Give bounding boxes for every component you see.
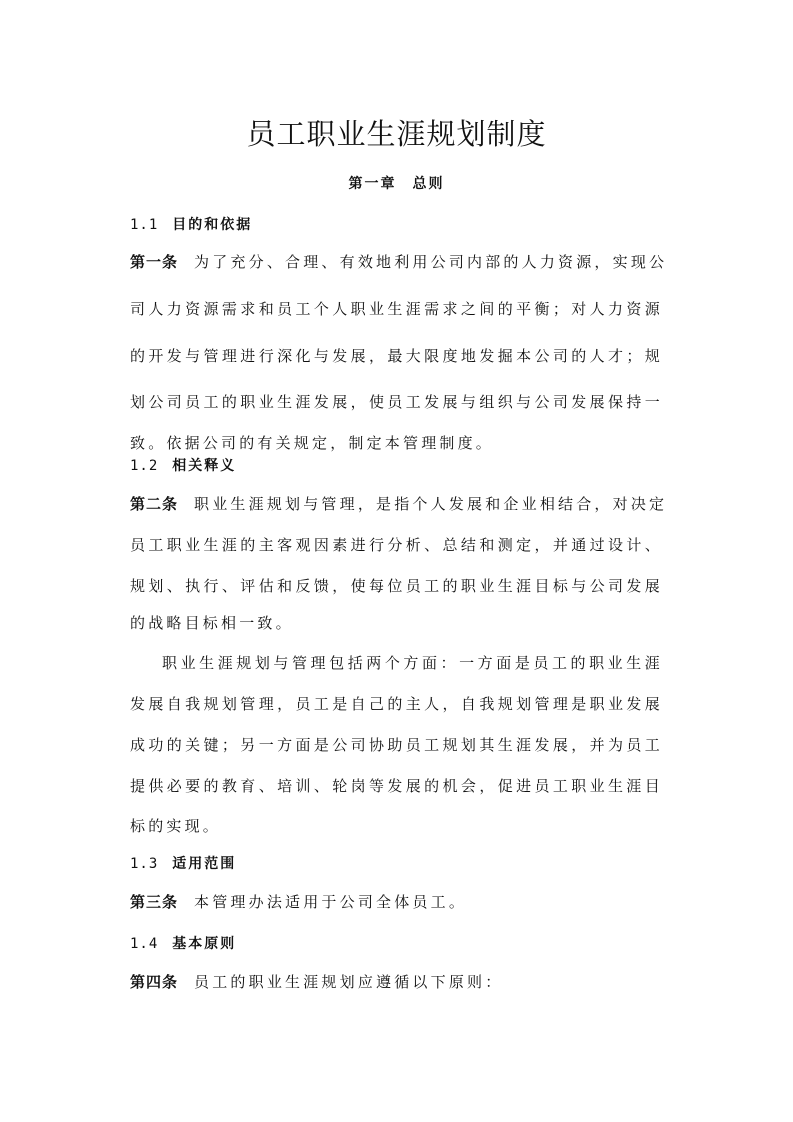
article-label: 第一条 [130,253,178,271]
article-1-line-1: 第一条为了充分、合理、有效地利用公司内部的人力资源，实现公 [130,251,663,272]
article-1-line-3: 的开发与管理进行深化与发展，最大限度地发掘本公司的人才；规 [130,345,663,366]
article-2-line-3: 规划、执行、评估和反馈，使每位员工的职业生涯目标与公司发展 [130,575,663,596]
paragraph-line-1: 职业生涯规划与管理包括两个方面：一方面是员工的职业生涯 [162,652,663,673]
section-title: 相关释义 [172,458,236,474]
article-2-line-4: 的战略目标相一致。 [130,612,663,633]
section-number: 1.4 [130,936,158,952]
paragraph-line-5: 标的实现。 [130,815,663,836]
paragraph-line-2: 发展自我规划管理，员工是自己的主人，自我规划管理是职业发展 [130,693,663,714]
paragraph-line-3: 成功的关键；另一方面是公司协助员工规划其生涯发展，并为员工 [130,734,663,755]
chapter-heading: 第一章 总则 [0,173,793,193]
article-1-line-5: 致。依据公司的有关规定，制定本管理制度。 [130,432,663,453]
section-title: 目的和依据 [172,217,252,233]
section-title: 适用范围 [172,856,236,872]
document-title: 员工职业生涯规划制度 [0,112,793,153]
article-2-line-1: 第二条职业生涯规划与管理，是指个人发展和企业相结合，对决定 [130,493,663,514]
article-1-line-4: 划公司员工的职业生涯发展，使员工发展与组织与公司发展保持一 [130,391,663,412]
article-4-line-1: 第四条员工的职业生涯规划应遵循以下原则： [130,971,663,992]
article-label: 第三条 [130,893,178,911]
section-heading-1-3: 1.3适用范围 [130,853,236,873]
section-number: 1.3 [130,856,158,872]
article-1-line-2: 司人力资源需求和员工个人职业生涯需求之间的平衡；对人力资源 [130,298,663,319]
section-title: 基本原则 [172,936,236,952]
section-heading-1-4: 1.4基本原则 [130,933,236,953]
article-label: 第四条 [130,973,178,991]
paragraph-line-4: 提供必要的教育、培训、轮岗等发展的机会，促进员工职业生涯目 [130,775,663,796]
section-heading-1-1: 1.1目的和依据 [130,214,252,234]
section-heading-1-2: 1.2相关释义 [130,455,236,475]
section-number: 1.2 [130,458,158,474]
article-label: 第二条 [130,495,178,513]
section-number: 1.1 [130,217,158,233]
article-2-line-2: 员工职业生涯的主客观因素进行分析、总结和测定，并通过设计、 [130,534,663,555]
article-3-line-1: 第三条本管理办法适用于公司全体员工。 [130,891,663,912]
document-page: 员工职业生涯规划制度 第一章 总则 1.1目的和依据 第一条为了充分、合理、有效… [0,0,793,1122]
